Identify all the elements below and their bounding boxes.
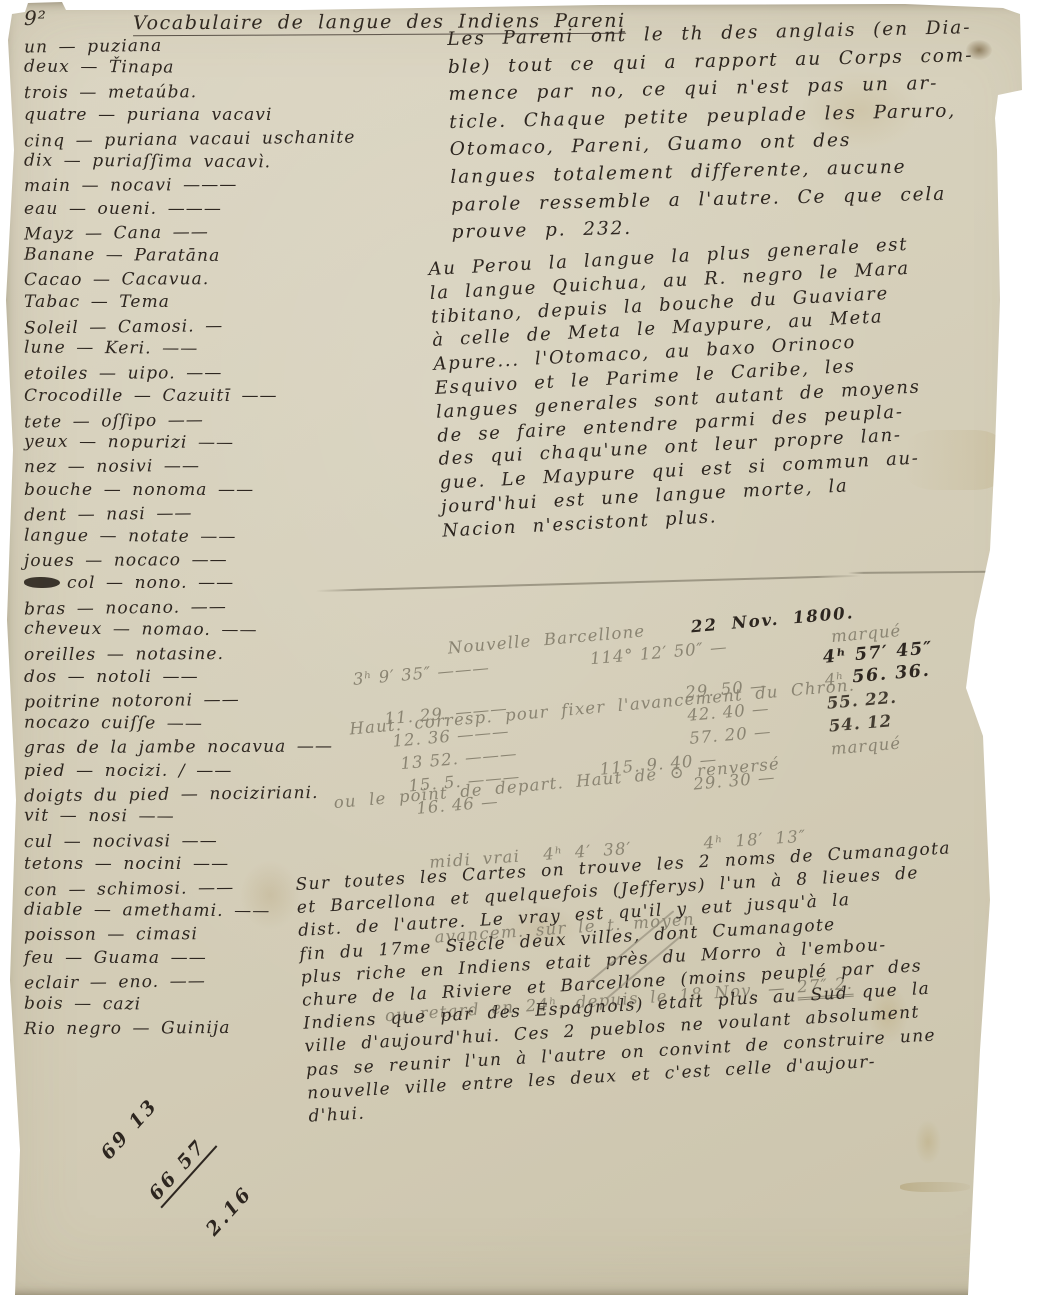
vocab-entry: main — nocavi ———: [24, 173, 434, 199]
vocab-entry: lune — Keri. ——: [24, 337, 434, 363]
vocab-entry: joues — nocaco ——: [24, 548, 434, 574]
hour-label: 4ʰ: [824, 667, 846, 692]
vocab-entry: etoiles — uipo. ——: [24, 361, 434, 387]
vocab-entry: eau — oueni. ———: [24, 198, 434, 221]
vocab-entry: yeux — nopurizi ——: [24, 430, 434, 456]
page-number: 9²: [24, 6, 47, 30]
vocab-entry: Crocodille — Cazuitī ——: [24, 385, 434, 408]
vocab-entry: langue — notate ——: [24, 524, 434, 550]
vocab-entry: trois — metaúba.: [24, 80, 434, 106]
stain: [915, 1120, 941, 1164]
vocab-entry: Banane — Paratāna: [24, 243, 434, 269]
manuscript-page: 9² Vocabulaire de langue des Indiens Par…: [0, 0, 1051, 1295]
vocab-entry: bouche — nonoma ——: [24, 479, 434, 502]
paragraph-pareni: Les Pareni ont le th des anglais (en Dia…: [447, 13, 1042, 247]
calc-result: 2.16: [193, 1175, 264, 1250]
vocab-entry: col — nono. ——: [24, 572, 434, 595]
calc-subtrahend: 66 57: [144, 1131, 217, 1208]
vocab-entry: nez — nosivi ——: [24, 454, 434, 480]
scribbled-out-word: [24, 577, 60, 588]
vocab-entry: quatre — puriana vacavi: [24, 104, 434, 127]
scan-background: 9² Vocabulaire de langue des Indiens Par…: [0, 0, 1051, 1295]
paragraph-barcelona: Sur toutes les Cartes on trouve les 2 no…: [295, 833, 1038, 1129]
paragraph-languages: Au Perou la langue la plus generale estl…: [428, 227, 1042, 544]
calc-minuend: 69 13: [97, 1089, 168, 1164]
vocab-entry: Tabac — Tema: [24, 291, 434, 314]
vocab-entry: deux — Ťinapa: [24, 56, 434, 82]
vocab-entry: Cacao — Cacavua.: [24, 267, 434, 293]
vocab-entry: dent — nasi ——: [24, 500, 434, 528]
vocab-entry: dix — puriaſſima vacavì.: [24, 150, 434, 176]
vocab-entry: Mayz — Cana ——: [24, 219, 434, 247]
stain: [900, 1182, 970, 1192]
pencil-divider-line: [848, 570, 1045, 574]
corner-calculation: 69 13 66 57 2.16: [66, 1061, 295, 1279]
